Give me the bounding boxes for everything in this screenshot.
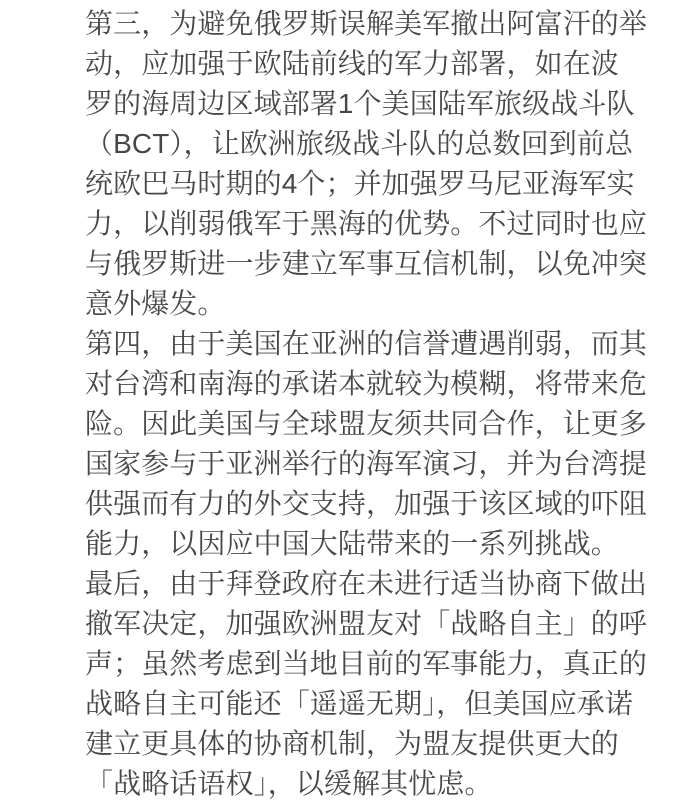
text-line: 力，以削弱俄军于黑海的优势。不过同时也应 <box>85 204 656 244</box>
text-line: 第三，为避免俄罗斯误解美军撤出阿富汗的举 <box>85 4 656 44</box>
paragraph-point-three: 第三，为避免俄罗斯误解美军撤出阿富汗的举动，应加强于欧陆前线的军力部署，如在波罗… <box>85 4 656 324</box>
text-line: 声；虽然考虑到当地目前的军事能力，真正的 <box>85 644 656 684</box>
text-line: 险。因此美国与全球盟友须共同合作，让更多 <box>85 404 656 444</box>
text-line: 第四，由于美国在亚洲的信誉遭遇削弱，而其 <box>85 324 656 364</box>
text-line: 意外爆发。 <box>85 284 656 324</box>
text-line: 供强而有力的外交支持，加强于该区域的吓阻 <box>85 484 656 524</box>
text-line: 撤军决定，加强欧洲盟友对「战略自主」的呼 <box>85 604 656 644</box>
text-line: 统欧巴马时期的4个；并加强罗马尼亚海军实 <box>85 164 656 204</box>
text-line: 最后，由于拜登政府在未进行适当协商下做出 <box>85 564 656 604</box>
article-text: 第三，为避免俄罗斯误解美军撤出阿富汗的举动，应加强于欧陆前线的军力部署，如在波罗… <box>0 0 686 804</box>
text-line: 战略自主可能还「遥遥无期」，但美国应承诺 <box>85 684 656 724</box>
paragraph-point-four: 第四，由于美国在亚洲的信誉遭遇削弱，而其对台湾和南海的承诺本就较为模糊，将带来危… <box>85 324 656 564</box>
paragraph-point-last: 最后，由于拜登政府在未进行适当协商下做出撤军决定，加强欧洲盟友对「战略自主」的呼… <box>85 564 656 804</box>
text-line: 与俄罗斯进一步建立军事互信机制，以免冲突 <box>85 244 656 284</box>
text-line: 对台湾和南海的承诺本就较为模糊，将带来危 <box>85 364 656 404</box>
text-line: 国家参与于亚洲举行的海军演习，并为台湾提 <box>85 444 656 484</box>
text-line: 能力，以因应中国大陆带来的一系列挑战。 <box>85 524 656 564</box>
text-line: 建立更具体的协商机制，为盟友提供更大的 <box>85 724 656 764</box>
text-line: 罗的海周边区域部署1个美国陆军旅级战斗队 <box>85 84 656 124</box>
text-line: （BCT），让欧洲旅级战斗队的总数回到前总 <box>85 124 656 164</box>
text-line: 「战略话语权」，以缓解其忧虑。 <box>85 764 656 804</box>
text-line: 动，应加强于欧陆前线的军力部署，如在波 <box>85 44 656 84</box>
